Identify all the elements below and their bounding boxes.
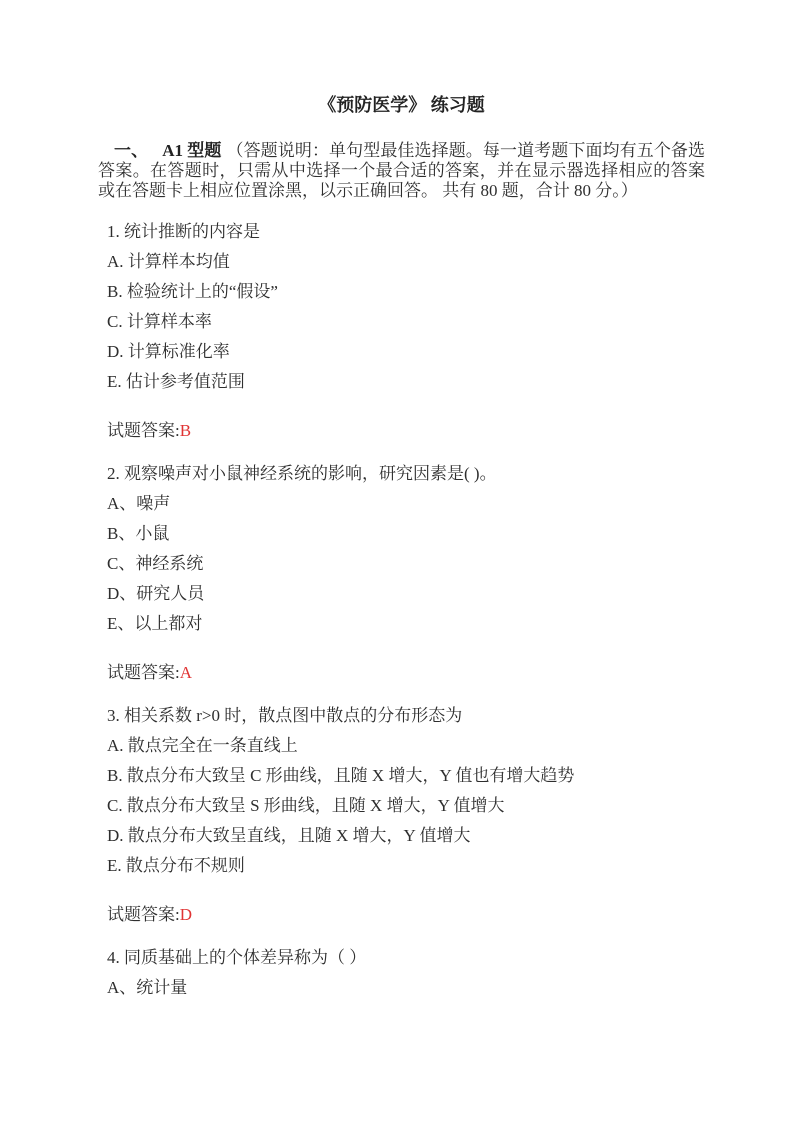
answer-label: 试题答案: [107,905,180,924]
question-4-option-a: A、统计量 [107,978,705,998]
question-1-answer-line: 试题答案:B [107,421,705,441]
question-1-text: 1. 统计推断的内容是 [107,222,705,242]
document-page: 《预防医学》 练习题 一、A1 型题（答题说明：单句型最佳选择题。每一道考题下面… [0,0,793,1122]
question-2-text: 2. 观察噪声对小鼠神经系统的影响，研究因素是( )。 [107,464,705,484]
question-1-option-b: B. 检验统计上的“假设” [107,282,705,302]
question-1-option-e: E. 估计参考值范围 [107,372,705,392]
question-3-option-e: E. 散点分布不规则 [107,856,705,876]
question-2-answer-value: A [180,663,192,682]
section-heading-number: 一、 [114,141,148,160]
question-2-option-b: B、小鼠 [107,524,705,544]
question-2: 2. 观察噪声对小鼠神经系统的影响，研究因素是( )。 A、噪声 B、小鼠 C、… [98,464,705,683]
question-1-option-c: C. 计算样本率 [107,312,705,332]
question-1-answer-value: B [180,421,191,440]
question-1-option-d: D. 计算标准化率 [107,342,705,362]
question-3-answer-value: D [180,905,192,924]
answer-label: 试题答案: [107,421,180,440]
question-3-option-d: D. 散点分布大致呈直线，且随 X 增大，Y 值增大 [107,826,705,846]
question-2-option-e: E、以上都对 [107,614,705,634]
question-2-option-a: A、噪声 [107,494,705,514]
question-1-option-a: A. 计算样本均值 [107,252,705,272]
doc-title: 《预防医学》 练习题 [98,95,705,115]
question-3-text: 3. 相关系数 r>0 时，散点图中散点的分布形态为 [107,706,705,726]
answer-label: 试题答案: [107,663,180,682]
question-2-answer-line: 试题答案:A [107,663,705,683]
question-4-text: 4. 同质基础上的个体差异称为（ ） [107,948,705,968]
question-4: 4. 同质基础上的个体差异称为（ ） A、统计量 [98,948,705,998]
section-intro: 一、A1 型题（答题说明：单句型最佳选择题。每一道考题下面均有五个备选答案。在答… [98,141,705,201]
question-3-option-b: B. 散点分布大致呈 C 形曲线，且随 X 增大，Y 值也有增大趋势 [107,766,705,786]
section-heading-label: A1 型题 [162,141,221,160]
question-2-option-d: D、研究人员 [107,584,705,604]
question-3-option-c: C. 散点分布大致呈 S 形曲线，且随 X 增大，Y 值增大 [107,796,705,816]
question-2-option-c: C、神经系统 [107,554,705,574]
question-1: 1. 统计推断的内容是 A. 计算样本均值 B. 检验统计上的“假设” C. 计… [98,222,705,441]
question-3-option-a: A. 散点完全在一条直线上 [107,736,705,756]
question-3-answer-line: 试题答案:D [107,905,705,925]
question-3: 3. 相关系数 r>0 时，散点图中散点的分布形态为 A. 散点完全在一条直线上… [98,706,705,925]
document-content: 《预防医学》 练习题 一、A1 型题（答题说明：单句型最佳选择题。每一道考题下面… [0,0,793,998]
